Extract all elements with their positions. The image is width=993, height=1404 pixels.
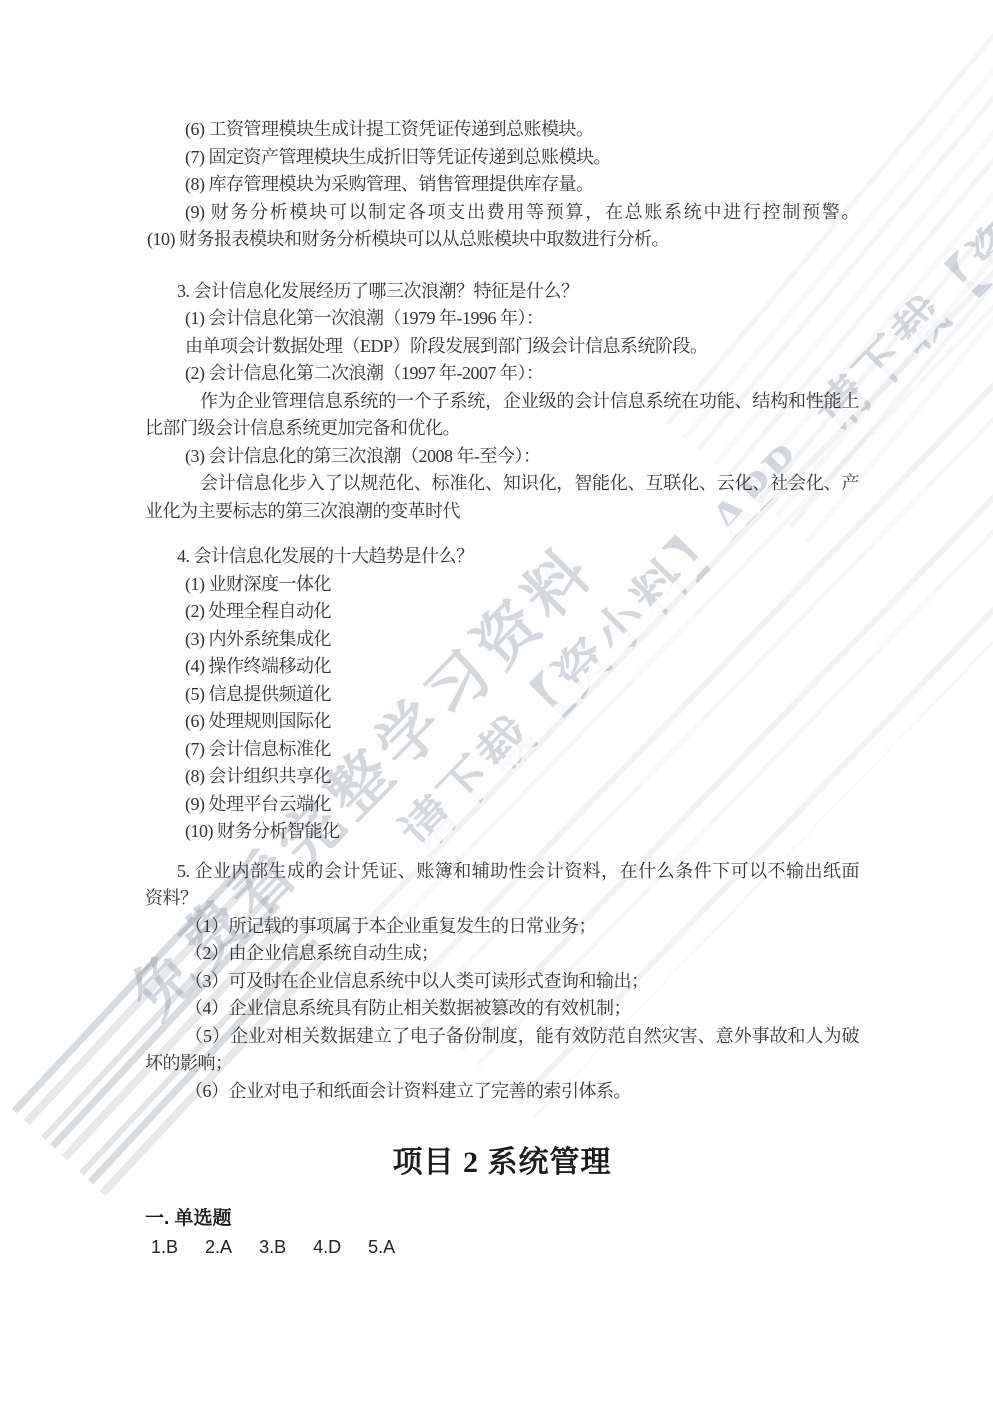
text-line: 资料？ <box>145 885 859 913</box>
text-line: (9) 处理平台云端化 <box>145 791 859 819</box>
text-line: (7) 会计信息标准化 <box>145 736 859 764</box>
text-line: (3) 会计信息化的第三次浪潮（2008 年-至今）： <box>145 443 859 471</box>
text-line: (3) 内外系统集成化 <box>145 626 859 654</box>
answer-item: 5.A <box>368 1234 395 1261</box>
text-line: 比部门级会计信息系统更加完备和优化。 <box>145 415 859 443</box>
text-line: (8) 会计组织共享化 <box>145 763 859 791</box>
text-line: （2）由企业信息系统自动生成； <box>145 940 859 968</box>
section-heading: 项目 2 系统管理 <box>145 1141 859 1185</box>
text-line: (4) 操作终端移动化 <box>145 653 859 681</box>
text-line: (10) 财务分析智能化 <box>145 818 859 846</box>
text-line: 会计信息化步入了以规范化、标准化、知识化，智能化、互联化、云化、社会化、产 <box>145 470 859 498</box>
text-line: (5) 信息提供频道化 <box>145 681 859 709</box>
text-line: 坏的影响； <box>145 1050 859 1078</box>
subsection-heading: 一. 单选题 <box>145 1205 859 1233</box>
text-line: （5）企业对相关数据建立了电子备份制度，能有效防范自然灾害、意外事故和人为破 <box>145 1023 859 1051</box>
text-line: (8) 库存管理模块为采购管理、销售管理提供库存量。 <box>145 171 859 199</box>
text-line: 业化为主要标志的第三次浪潮的变革时代 <box>145 498 859 526</box>
text-line: 由单项会计数据处理（EDP）阶段发展到部门级会计信息系统阶段。 <box>145 333 859 361</box>
text-line: (2) 会计信息化第二次浪潮（1997 年-2007 年）： <box>145 360 859 388</box>
text-line: （4）企业信息系统具有防止相关数据被篡改的有效机制； <box>145 995 859 1023</box>
document-body: (6) 工资管理模块生成计提工资凭证传递到总账模块。(7) 固定资产管理模块生成… <box>145 0 859 1261</box>
text-line: (9) 财务分析模块可以制定各项支出费用等预算，在总账系统中进行控制预警。 <box>145 199 859 227</box>
text-line: 3. 会计信息化发展经历了哪三次浪潮？特征是什么？ <box>145 278 859 306</box>
text-line: (7) 固定资产管理模块生成折旧等凭证传递到总账模块。 <box>145 144 859 172</box>
text-line: (6) 处理规则国际化 <box>145 708 859 736</box>
text-line: (10) 财务报表模块和财务分析模块可以从总账模块中取数进行分析。 <box>145 226 859 254</box>
text-line: (2) 处理全程自动化 <box>145 598 859 626</box>
answer-item: 4.D <box>313 1234 341 1261</box>
answer-item: 2.A <box>205 1234 232 1261</box>
text-line: 5. 企业内部生成的会计凭证、账簿和辅助性会计资料，在什么条件下可以不输出纸面 <box>145 858 859 886</box>
content-layer: (6) 工资管理模块生成计提工资凭证传递到总账模块。(7) 固定资产管理模块生成… <box>0 0 993 1404</box>
text-line: (1) 业财深度一体化 <box>145 571 859 599</box>
text-line: （3）可及时在企业信息系统中以人类可读形式查询和输出； <box>145 968 859 996</box>
text-line: 4. 会计信息化发展的十大趋势是什么？ <box>145 543 859 571</box>
text-line: (6) 工资管理模块生成计提工资凭证传递到总账模块。 <box>145 116 859 144</box>
text-line: 作为企业管理信息系统的一个子系统，企业级的会计信息系统在功能、结构和性能上 <box>145 388 859 416</box>
answers-row: 1.B2.A3.B4.D5.A <box>145 1234 859 1261</box>
document-page: 免费看完整学习资料 请下载【资小料】APP 请下载【资小料】APP (6) 工资… <box>0 0 993 1404</box>
answer-item: 1.B <box>151 1234 178 1261</box>
text-line: （1）所记载的事项属于本企业重复发生的日常业务； <box>145 913 859 941</box>
text-line: （6）企业对电子和纸面会计资料建立了完善的索引体系。 <box>145 1078 859 1106</box>
text-line: (1) 会计信息化第一次浪潮（1979 年-1996 年）： <box>145 305 859 333</box>
answer-item: 3.B <box>259 1234 286 1261</box>
